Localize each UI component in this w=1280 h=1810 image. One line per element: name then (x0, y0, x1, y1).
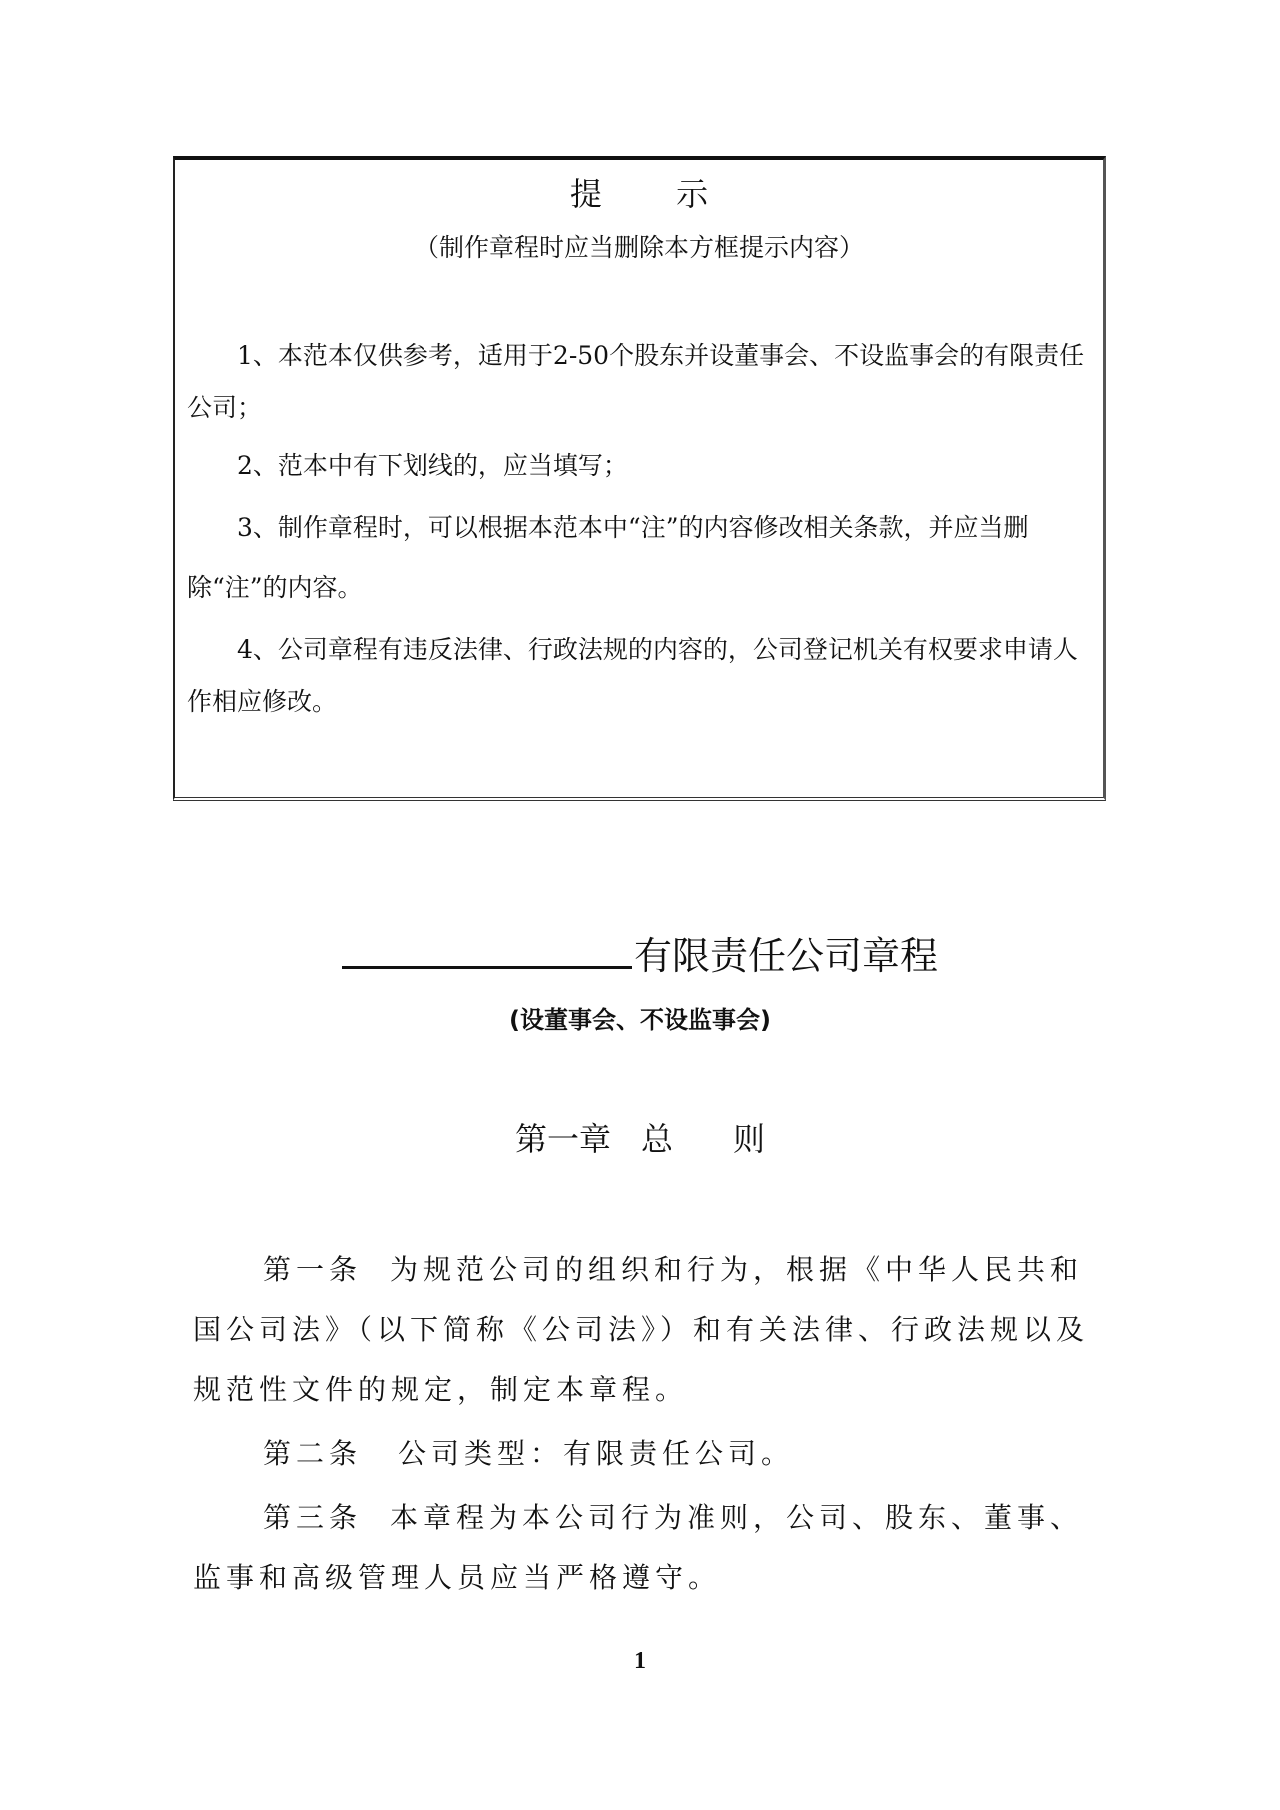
article-label: 第二条 (263, 1437, 362, 1470)
chapter-number: 第一章 (515, 1120, 611, 1158)
document-subtitle: (设董事会、不设监事会) (0, 1000, 1280, 1040)
company-name-blank[interactable] (342, 922, 632, 969)
notice-subtitle: （制作章程时应当删除本方框提示内容） (175, 228, 1103, 268)
page-number: 1 (0, 1648, 1280, 1675)
article: 第一条为规范公司的组织和行为，根据《中华人民共和国公司法》（以下简称《公司法》）… (193, 1240, 1108, 1420)
notice-box: 提 示 （制作章程时应当删除本方框提示内容） 1、本范本仅供参考，适用于2-50… (173, 156, 1106, 801)
article: 第三条本章程为本公司行为准则，公司、股东、董事、监事和高级管理人员应当严格遵守。 (193, 1488, 1108, 1608)
document-title: 有限责任公司章程 (0, 922, 1280, 984)
notice-title: 提 示 (175, 170, 1103, 218)
chapter-name-part1: 总 (641, 1120, 673, 1158)
chapter-name-part2: 则 (733, 1120, 765, 1158)
document-page: 提 示 （制作章程时应当删除本方框提示内容） 1、本范本仅供参考，适用于2-50… (0, 0, 1280, 1810)
notice-item: 4、公司章程有违反法律、行政法规的内容的，公司登记机关有权要求申请人作相应修改。 (187, 624, 1093, 728)
article: 第二条公司类型：有限责任公司。 (193, 1424, 1108, 1484)
notice-item: 3、制作章程时，可以根据本范本中“注”的内容修改相关条款，并应当删除“注”的内容… (187, 498, 1093, 618)
article-text: 公司类型：有限责任公司。 (398, 1437, 794, 1470)
article-label: 第三条 (263, 1501, 362, 1534)
notice-items: 1、本范本仅供参考，适用于2-50个股东并设董事会、不设监事会的有限责任公司； … (187, 330, 1093, 728)
document-title-suffix: 有限责任公司章程 (634, 934, 938, 978)
chapter-heading: 第一章总则 (0, 1115, 1280, 1163)
notice-item: 1、本范本仅供参考，适用于2-50个股东并设董事会、不设监事会的有限责任公司； (187, 330, 1093, 434)
article-label: 第一条 (263, 1253, 362, 1286)
notice-item: 2、范本中有下划线的，应当填写； (187, 440, 1093, 492)
article-body: 第一条为规范公司的组织和行为，根据《中华人民共和国公司法》（以下简称《公司法》）… (193, 1240, 1108, 1608)
